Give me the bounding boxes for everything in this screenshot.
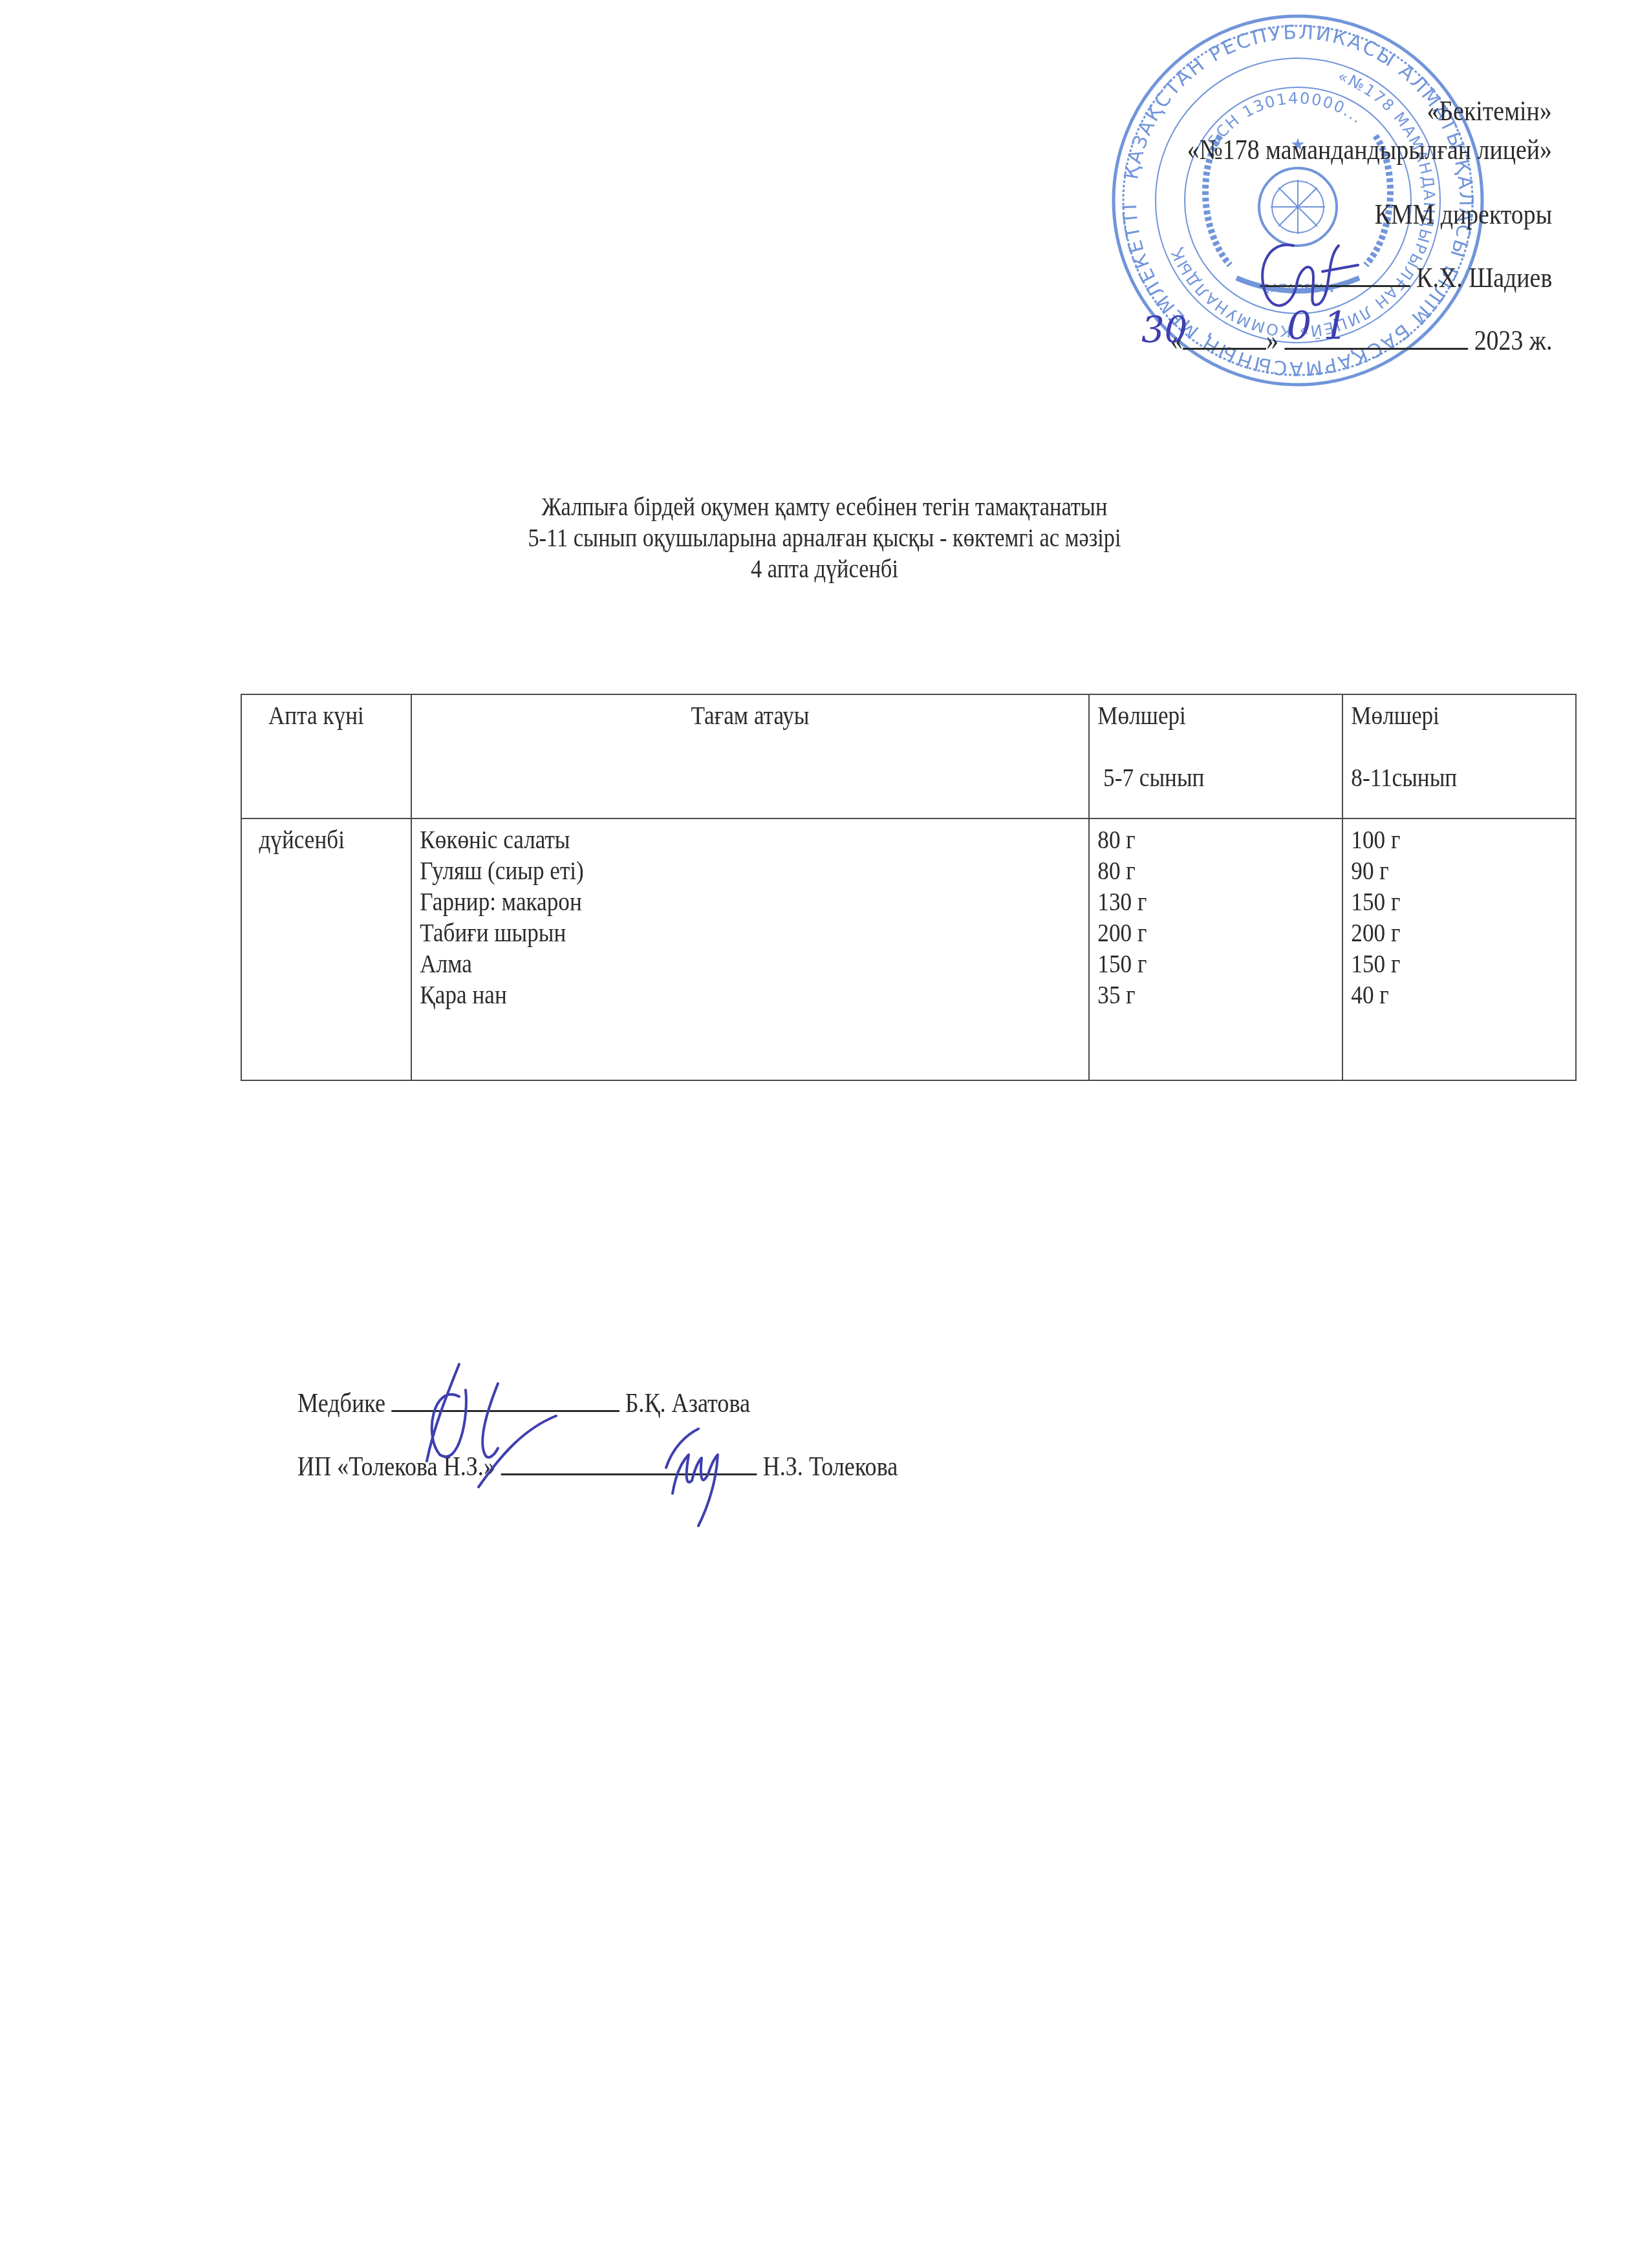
amount-5-7: 150 г [1097, 948, 1304, 979]
document-title: Жалпыға бірдей оқумен қамту есебінен тег… [0, 491, 1649, 584]
menu-table: Апта күні Тағам атауы Мөлшері 5-7 сынып … [241, 694, 1577, 1081]
approval-position: КММ директоры [1375, 200, 1552, 229]
header-day: Апта күні [241, 694, 411, 818]
handwritten-day: 30 [1141, 309, 1187, 351]
amount-5-7: 80 г [1097, 824, 1304, 855]
header-amount-8-11: Мөлшері 8-11сынып [1342, 694, 1576, 818]
table-row: дүйсенбі Көкөніс салатыГуляш (сиыр еті)Г… [241, 818, 1576, 1080]
cell-dishes: Көкөніс салатыГуляш (сиыр еті)Гарнир: ма… [411, 818, 1089, 1080]
amount-8-11: 200 г [1351, 917, 1539, 948]
dish-name: Гарнир: макарон [420, 886, 999, 917]
amount-8-11: 40 г [1351, 979, 1539, 1011]
dish-name: Көкөніс салаты [420, 824, 999, 855]
day-blank [1183, 344, 1266, 350]
cell-amounts-5-7: 80 г80 г130 г200 г150 г35 г [1089, 818, 1342, 1080]
amount-5-7: 200 г [1097, 917, 1304, 948]
dish-name: Алма [420, 948, 999, 979]
cell-day: дүйсенбі [241, 818, 411, 1080]
supplier-signature [647, 1422, 776, 1532]
table-header-row: Апта күні Тағам атауы Мөлшері 5-7 сынып … [241, 694, 1576, 818]
title-line-2: 5-11 сынып оқушыларына арналған қысқы - … [116, 522, 1534, 553]
title-line-1: Жалпыға бірдей оқумен қамту есебінен тег… [116, 491, 1534, 522]
approval-organization: «№178 мамандандырылған лицей» [1187, 136, 1552, 164]
amount-5-7: 80 г [1097, 855, 1304, 886]
amount-8-11: 90 г [1351, 855, 1539, 886]
cell-amounts-8-11: 100 г90 г150 г200 г150 г40 г [1342, 818, 1576, 1080]
dish-name: Гуляш (сиыр еті) [420, 855, 999, 886]
dish-list: Көкөніс салатыГуляш (сиыр еті)Гарнир: ма… [412, 819, 1007, 1016]
dish-name: Табиғи шырын [420, 917, 999, 948]
amount-8-11: 100 г [1351, 824, 1539, 855]
header-amount-5-7: Мөлшері 5-7 сынып [1089, 694, 1342, 818]
title-line-3: 4 апта дүйсенбі [116, 553, 1534, 584]
amount-8-11: 150 г [1351, 886, 1539, 917]
approval-heading: «Бекітемін» [1427, 97, 1552, 125]
amount-5-7: 35 г [1097, 979, 1304, 1011]
nurse-signature [362, 1358, 685, 1513]
date-year: 2023 ж. [1474, 325, 1552, 356]
amount-5-7: 130 г [1097, 886, 1304, 917]
date-close-quote: » [1266, 325, 1278, 356]
supplier-name: Н.З. Толекова [763, 1452, 898, 1482]
director-name: К.Х. Шадиев [1416, 262, 1552, 294]
header-dish: Тағам атауы [411, 694, 1089, 818]
director-signature [1248, 233, 1377, 323]
amount-5-7-list: 80 г80 г130 г200 г150 г35 г [1090, 819, 1311, 1016]
approval-date-line: «» 2023 ж. [1170, 326, 1552, 355]
amount-8-11-list: 100 г90 г150 г200 г150 г40 г [1343, 819, 1547, 1016]
amount-8-11: 150 г [1351, 948, 1539, 979]
dish-name: Қара нан [420, 979, 999, 1011]
